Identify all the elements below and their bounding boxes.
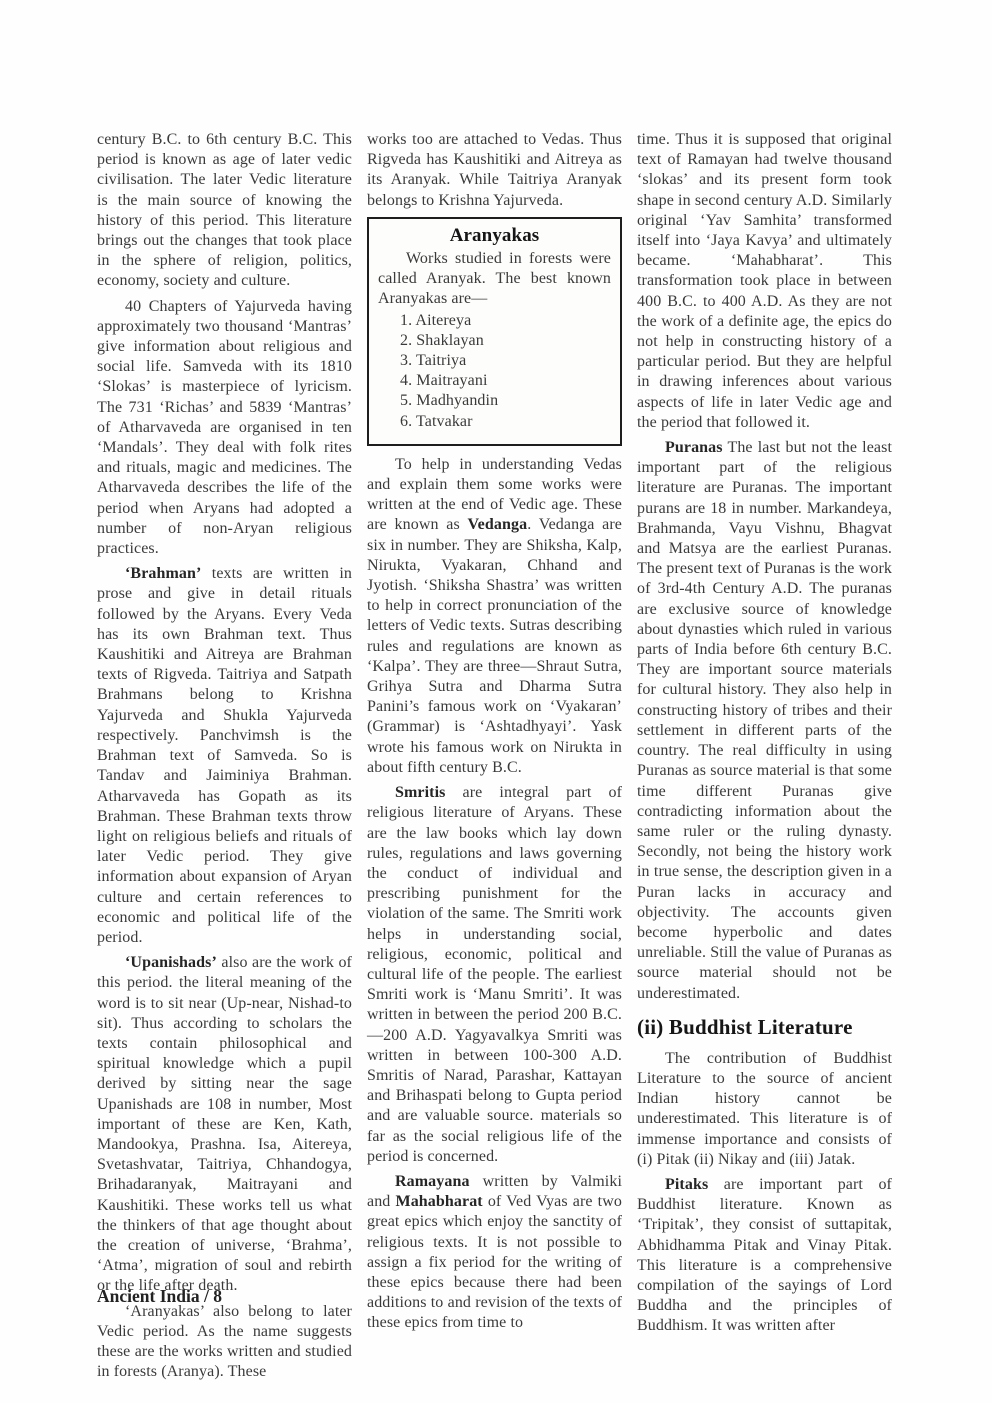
text-run: Works studied in forests were called Ara… [378, 250, 611, 307]
bold-term: ‘Upanishads’ [125, 954, 217, 971]
section-heading: (ii) Buddhist Literature [637, 1014, 892, 1040]
page-footer: Ancient India / 8 [97, 1286, 222, 1307]
text-run: also are the work of this period. the li… [97, 954, 352, 1294]
list-item: 5. Madhyandin [400, 391, 611, 411]
box-title: Aranyakas [378, 226, 611, 246]
paragraph: 40 Chapters of Yajurveda having approxim… [97, 297, 352, 560]
text-run: ‘Aranyakas’ also belong to later Vedic p… [97, 1303, 352, 1381]
text-columns: century B.C. to 6th century B.C. This pe… [97, 130, 894, 1387]
paragraph: The contribution of Buddhist Literature … [637, 1049, 892, 1170]
text-run: century B.C. to 6th century B.C. This pe… [97, 131, 352, 289]
box-paragraph: Works studied in forests were called Ara… [378, 249, 611, 310]
list-item: 4. Maitrayani [400, 371, 611, 391]
list-item: 3. Taitriya [400, 351, 611, 371]
text-run: are important part of Buddhist literatur… [637, 1176, 892, 1334]
bold-term: Vedanga [468, 516, 528, 533]
text-run: 40 Chapters of Yajurveda having approxim… [97, 298, 352, 557]
text-run: works too are attached to Vedas. Thus Ri… [367, 131, 622, 209]
paragraph: Puranas The last but not the least impor… [637, 438, 892, 1004]
list-item: 1. Aitereya [400, 311, 611, 331]
column-3: time. Thus it is supposed that original … [637, 130, 892, 1387]
text-run: . Vedanga are six in number. They are Sh… [367, 516, 622, 775]
bold-term: Mahabharat [396, 1193, 483, 1210]
paragraph: ‘Brahman’ texts are written in prose and… [97, 564, 352, 948]
paragraph: Pitaks are important part of Buddhist li… [637, 1175, 892, 1337]
text-run: time. Thus it is supposed that original … [637, 131, 892, 431]
bold-term: Ramayana [395, 1173, 470, 1190]
paragraph: works too are attached to Vedas. Thus Ri… [367, 130, 622, 211]
aranyakas-box: AranyakasWorks studied in forests were c… [367, 217, 622, 446]
text-run: are integral part of religious literatur… [367, 784, 622, 1165]
list-item: 6. Tatvakar [400, 412, 611, 432]
bold-term: Puranas [665, 439, 723, 456]
text-run: The contribution of Buddhist Literature … [637, 1050, 892, 1168]
bold-term: ‘Brahman’ [125, 565, 201, 582]
text-run: of Ved Vyas are two great epics which en… [367, 1193, 622, 1331]
text-run: texts are written in prose and give in d… [97, 565, 352, 946]
list-item: 2. Shaklayan [400, 331, 611, 351]
document-page: century B.C. to 6th century B.C. This pe… [0, 0, 992, 1403]
column-2: works too are attached to Vedas. Thus Ri… [367, 130, 622, 1387]
column-1: century B.C. to 6th century B.C. This pe… [97, 130, 352, 1387]
bold-term: Pitaks [665, 1176, 708, 1193]
paragraph: time. Thus it is supposed that original … [637, 130, 892, 433]
text-run: The last but not the least important par… [637, 439, 892, 1001]
paragraph: Smritis are integral part of religious l… [367, 783, 622, 1167]
bold-term: Smritis [395, 784, 445, 801]
paragraph: Ramayana written by Valmiki and Mahabhar… [367, 1172, 622, 1334]
paragraph: ‘Upanishads’ also are the work of this p… [97, 953, 352, 1296]
paragraph: ‘Aranyakas’ also belong to later Vedic p… [97, 1302, 352, 1383]
paragraph: To help in understanding Vedas and expla… [367, 455, 622, 778]
paragraph: century B.C. to 6th century B.C. This pe… [97, 130, 352, 292]
aranyakas-list: 1. Aitereya2. Shaklayan3. Taitriya4. Mai… [400, 311, 611, 432]
